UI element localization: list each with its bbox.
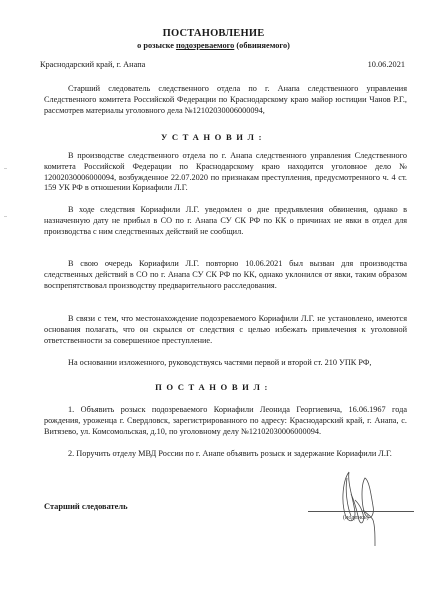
scan-mark: [4, 168, 7, 169]
decision-item-1: 1. Объявить розыск подозреваемого Кориаф…: [44, 405, 407, 437]
signer-position: Старший следователь: [44, 502, 128, 511]
document-title: ПОСТАНОВЛЕНИЕ: [0, 28, 427, 39]
established-paragraph-2: В ходе следствия Кориафили Л.Г. уведомле…: [44, 205, 407, 237]
established-paragraph-4: В связи с тем, что местонахождение подоз…: [44, 314, 407, 346]
place-date-line: Краснодарский край, г. Анапа 10.06.2021: [40, 60, 405, 69]
subtitle-underlined: подозреваемого: [176, 41, 234, 50]
subtitle-suffix: (обвиняемого): [234, 41, 290, 50]
scan-mark: [4, 216, 7, 217]
section-heading-decided: ПОСТАНОВИЛ:: [0, 382, 427, 392]
established-paragraph-5: На основании изложенного, руководствуясь…: [44, 358, 407, 369]
handwritten-signature-icon: [335, 470, 395, 548]
established-paragraph-3: В свою очередь Кориафили Л.Г. повторно 1…: [44, 259, 407, 291]
document-page: ПОСТАНОВЛЕНИЕ о розыске подозреваемого (…: [0, 0, 427, 604]
established-paragraph-1: В производстве следственного отдела по г…: [44, 151, 407, 194]
subtitle-prefix: о розыске: [137, 41, 176, 50]
document-subtitle: о розыске подозреваемого (обвиняемого): [0, 41, 427, 50]
section-heading-established: УСТАНОВИЛ:: [0, 132, 427, 142]
document-date: 10.06.2021: [368, 60, 405, 69]
decision-item-2: 2. Поручить отделу МВД России по г. Анап…: [44, 449, 407, 460]
intro-paragraph: Старший следователь следственного отдела…: [44, 84, 407, 116]
document-place: Краснодарский край, г. Анапа: [40, 60, 145, 69]
